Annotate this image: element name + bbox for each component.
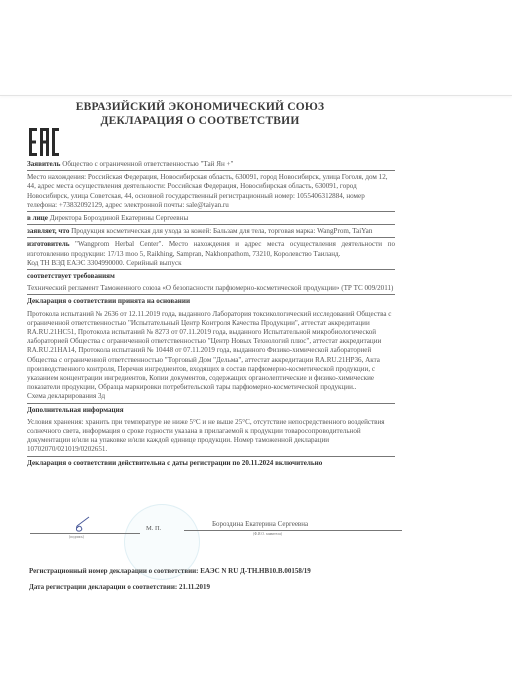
manufacturer-row: изготовитель "Wangprom Herbal Center". М… xyxy=(27,240,395,270)
signature-line xyxy=(30,533,140,534)
declares-value: Продукция косметическая для ухода за кож… xyxy=(71,227,372,235)
registration-number-row: Регистрационный номер декларации о соотв… xyxy=(29,563,311,579)
header-union-title: ЕВРАЗИЙСКИЙ ЭКОНОМИЧЕСКИЙ СОЮЗ xyxy=(60,100,340,114)
name-line xyxy=(184,530,402,531)
registration-number: ЕАЭС N RU Д-TH.НВ10.В.00158/19 xyxy=(200,567,311,575)
represented-by-row: в лице Директора Бороздиной Екатерины Се… xyxy=(27,214,395,225)
document-header: ЕВРАЗИЙСКИЙ ЭКОНОМИЧЕСКИЙ СОЮЗ ДЕКЛАРАЦИ… xyxy=(60,100,340,128)
complies-heading: соответствует требованиям xyxy=(27,272,395,281)
complies-text: Технический регламент Таможенного союза … xyxy=(27,284,393,292)
name-caption: (Ф.И.О. заявителя) xyxy=(253,532,282,536)
registration-number-label: Регистрационный номер декларации о соотв… xyxy=(29,567,199,575)
declares-label: заявляет, что xyxy=(27,227,69,235)
location-text: Место нахождения: Российская Федерация, … xyxy=(27,173,388,209)
header-declaration-title: ДЕКЛАРАЦИЯ О СООТВЕТСТВИИ xyxy=(60,114,340,128)
represented-by-value: Директора Бороздиной Екатерины Сергеевны xyxy=(50,214,189,222)
registration-date: 21.11.2019 xyxy=(179,583,210,591)
additional-text: Условия хранения: хранить при температур… xyxy=(27,418,385,454)
declaration-body: Заявитель Общество с ограниченной ответс… xyxy=(27,160,395,471)
complies-row: Технический регламент Таможенного союза … xyxy=(27,284,395,295)
manufacturer-value: "Wangprom Herbal Center". Место нахожден… xyxy=(27,240,395,257)
registration-date-label: Дата регистрации декларации о соответств… xyxy=(29,583,177,591)
declaration-scheme: Схема декларирования 3д xyxy=(27,392,395,401)
eac-logo-icon xyxy=(29,128,59,156)
signature-block: (подпись) М. П. Бороздина Екатерина Серг… xyxy=(27,516,395,556)
signatory-name: Бороздина Екатерина Сергеевна xyxy=(212,520,308,528)
manufacturer-label: изготовитель xyxy=(27,240,69,248)
applicant-row: Заявитель Общество с ограниченной ответс… xyxy=(27,160,395,171)
signature-caption: (подпись) xyxy=(69,535,84,539)
validity-text: Декларация о соответствии действительна … xyxy=(27,459,395,468)
basis-row: Протокола испытаний № 2636 от 12.11.2019… xyxy=(27,310,395,404)
registration-block: Регистрационный номер декларации о соотв… xyxy=(29,563,311,595)
basis-text: Протокола испытаний № 2636 от 12.11.2019… xyxy=(27,310,395,393)
signature-icon xyxy=(71,516,95,534)
hs-code: Код ТН ВЭД ЕАЭС 3304990000. Серийный вып… xyxy=(27,259,395,268)
basis-heading: Декларация о соответствии принята на осн… xyxy=(27,297,395,306)
stamp-label: М. П. xyxy=(146,525,161,532)
page-edge xyxy=(0,95,512,96)
applicant-value: Общество с ограниченной ответственностью… xyxy=(62,160,233,168)
represented-by-label: в лице xyxy=(27,214,48,222)
additional-heading: Дополнительная информация xyxy=(27,406,395,415)
declares-row: заявляет, что Продукция косметическая дл… xyxy=(27,227,395,238)
registration-date-row: Дата регистрации декларации о соответств… xyxy=(29,579,311,595)
additional-row: Условия хранения: хранить при температур… xyxy=(27,418,395,457)
location-row: Место нахождения: Российская Федерация, … xyxy=(27,173,395,212)
applicant-label: Заявитель xyxy=(27,160,60,168)
